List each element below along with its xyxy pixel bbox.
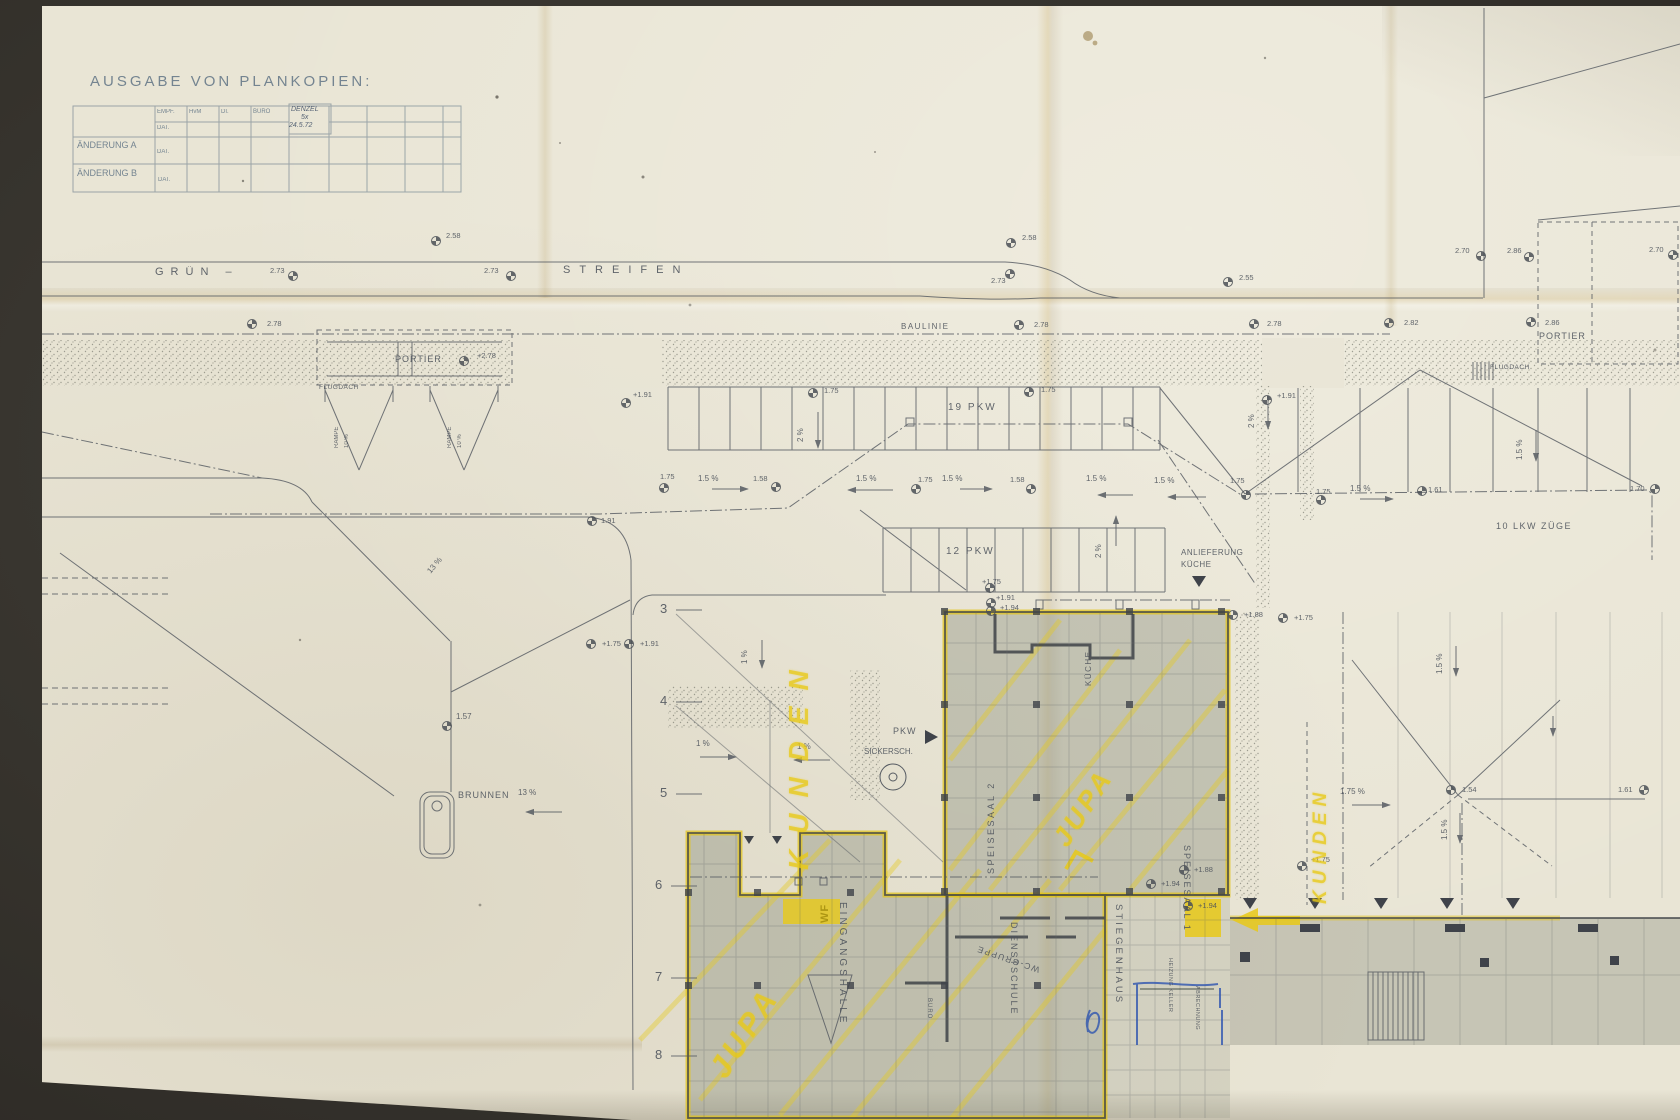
stamp-cell-label: DAT. — [158, 177, 171, 183]
elevation-value: +2.78 — [477, 352, 496, 360]
elevation-value: +1.88 — [1244, 611, 1263, 619]
survey-point-icon — [506, 271, 516, 281]
grid-row-number: 3 — [660, 602, 667, 616]
survey-point-icon — [621, 398, 631, 408]
survey-point-icon — [771, 482, 781, 492]
survey-point-icon — [1668, 250, 1678, 260]
elevation-value: 1.61 — [1428, 486, 1443, 494]
plan-label: GRÜN – — [155, 267, 239, 279]
slope-label: 1 % — [741, 650, 749, 664]
room-label: BÜRO — [926, 998, 932, 1019]
plan-label: PORTIER — [1539, 332, 1586, 341]
elevation-value: 1.75 — [918, 476, 933, 484]
plan-label: ANLIEFERUNG — [1181, 549, 1243, 557]
plan-label: 10 % — [457, 434, 463, 448]
survey-point-icon — [986, 606, 996, 616]
plan-label: PORTIER — [395, 355, 442, 364]
stamp-cell-label: 5x — [301, 114, 308, 121]
plan-text-layer: AUSGABE VON PLANKOPIEN: EMPF.HvMDI.BÜROD… — [0, 0, 1680, 1120]
stamp-cell-label: ÄNDERUNG B — [77, 169, 137, 178]
survey-point-icon — [1005, 269, 1015, 279]
grid-row-number: 7 — [655, 970, 662, 984]
room-label: STIEGENHAUS — [1113, 904, 1123, 1005]
survey-point-icon — [1228, 610, 1238, 620]
elevation-value: 2.86 — [1507, 247, 1522, 255]
survey-point-icon — [911, 484, 921, 494]
slope-label: 1.5 % — [1436, 654, 1444, 674]
survey-point-icon — [586, 639, 596, 649]
plan-label: 10 % — [344, 434, 350, 448]
survey-point-icon — [1241, 490, 1251, 500]
slope-label: 1.75 % — [1340, 788, 1365, 796]
elevation-value: 2.58 — [446, 232, 461, 240]
elevation-value: +1.91 — [996, 594, 1015, 602]
elevation-value: 1.75 — [1230, 477, 1245, 485]
survey-point-icon — [459, 356, 469, 366]
room-label: ABRECHNUNG — [1193, 986, 1199, 1030]
slope-label: 1.5 % — [1516, 440, 1524, 460]
plan-label: STREIFEN — [563, 265, 689, 277]
elevation-value: 2.82 — [1404, 319, 1419, 327]
handwritten-marker-note: JUPA — [1048, 764, 1119, 852]
grid-row-number: 8 — [655, 1048, 662, 1062]
room-label: SPEISESAAL 1 — [1182, 845, 1191, 932]
room-label: HEIZUNG KELLER — [1166, 958, 1172, 1012]
elevation-value: +1.94 — [1000, 604, 1019, 612]
survey-point-icon — [288, 271, 298, 281]
survey-point-icon — [1650, 484, 1660, 494]
elevation-value: +1.88 — [1194, 866, 1213, 874]
elevation-value: 1.75 — [660, 473, 675, 481]
survey-point-icon — [1262, 395, 1272, 405]
survey-point-icon — [1446, 785, 1456, 795]
handwritten-marker-note: KUNDEN — [784, 654, 813, 870]
slope-label: 1.5 % — [856, 475, 876, 483]
elevation-value: 2.70 — [1455, 247, 1470, 255]
stamp-cell-label: EMPF. — [157, 109, 175, 115]
elevation-value: 2.78 — [1034, 321, 1049, 329]
elevation-value: +1.91 — [640, 640, 659, 648]
survey-point-icon — [431, 236, 441, 246]
stamp-cell-label: BÜRO — [253, 109, 270, 115]
elevation-value: 1.58 — [1010, 476, 1025, 484]
handwritten-marker-note: WF — [820, 904, 832, 923]
handwritten-marker-note: JUPA — [704, 982, 786, 1084]
slope-label: 1.5 % — [1086, 475, 1106, 483]
survey-point-icon — [1146, 879, 1156, 889]
survey-point-icon — [659, 483, 669, 493]
elevation-value: 2.73 — [270, 267, 285, 275]
slope-label: 13 % — [426, 556, 444, 575]
survey-point-icon — [1297, 861, 1307, 871]
survey-point-icon — [1223, 277, 1233, 287]
elevation-value: 2.78 — [267, 320, 282, 328]
elevation-value: 2.55 — [1239, 274, 1254, 282]
survey-point-icon — [1278, 613, 1288, 623]
slope-label: 1.5 % — [942, 475, 962, 483]
elevation-value: 1.54 — [1462, 786, 1477, 794]
stamp-cell-label: DI. — [221, 109, 229, 115]
elevation-value: +1.75 — [602, 640, 621, 648]
slope-label: 1 % — [696, 740, 710, 748]
survey-point-icon — [1526, 317, 1536, 327]
slope-label: 13 % — [518, 789, 536, 797]
survey-point-icon — [1316, 495, 1326, 505]
plan-label: 10 LKW ZÜGE — [1496, 522, 1572, 531]
survey-point-icon — [1024, 387, 1034, 397]
survey-point-icon — [247, 319, 257, 329]
slope-label: 2 % — [797, 428, 805, 442]
survey-point-icon — [1179, 865, 1189, 875]
plan-label: PKW — [893, 727, 917, 736]
slope-label: 1.5 % — [698, 475, 718, 483]
elevation-value: 2.58 — [1022, 234, 1037, 242]
survey-point-icon — [1026, 484, 1036, 494]
elevation-value: +1.91 — [1277, 392, 1296, 400]
room-label: DIENSTSCHULE — [1009, 922, 1018, 1016]
elevation-value: 1.57 — [456, 713, 472, 721]
grid-row-number: 5 — [660, 786, 667, 800]
elevation-value: 2.73 — [991, 277, 1006, 285]
stamp-cell-label: DENZEL — [291, 106, 319, 113]
plan-label: 12 PKW — [946, 547, 995, 558]
survey-point-icon — [1524, 252, 1534, 262]
stamp-title: AUSGABE VON PLANKOPIEN: — [90, 74, 372, 90]
scanned-site-plan: AUSGABE VON PLANKOPIEN: EMPF.HvMDI.BÜROD… — [0, 0, 1680, 1120]
slope-label: 1.5 % — [1441, 820, 1449, 840]
elevation-value: 2.73 — [484, 267, 499, 275]
survey-point-icon — [1417, 486, 1427, 496]
survey-point-icon — [1639, 785, 1649, 795]
survey-point-icon — [1183, 901, 1193, 911]
plan-label: FLUGDACH — [319, 385, 359, 392]
elevation-value: +1.94 — [1198, 902, 1217, 910]
plan-label: BAULINIE — [901, 323, 949, 331]
plan-label: RAMPE — [334, 427, 340, 448]
survey-point-icon — [1014, 320, 1024, 330]
stamp-cell-label: 24.5.72 — [289, 122, 312, 129]
elevation-value: 1.70 — [1630, 485, 1645, 493]
plan-label: FLUGDACH — [1490, 365, 1530, 372]
survey-point-icon — [1006, 238, 1016, 248]
survey-point-icon — [808, 388, 818, 398]
elevation-value: 2.70 — [1649, 246, 1664, 254]
stamp-cell-label: ÄNDERUNG A — [77, 141, 137, 150]
slope-label: 2 % — [1095, 544, 1103, 558]
room-label: EINGANGSHALLE — [837, 902, 848, 1025]
elevation-value: 1.75 — [824, 387, 839, 395]
slope-label: 2 % — [1248, 414, 1256, 428]
stamp-cell-label: DAT. — [157, 149, 170, 155]
elevation-value: 1.61 — [1618, 786, 1633, 794]
plan-label: RAMPE — [447, 427, 453, 448]
survey-point-icon — [1476, 251, 1486, 261]
room-label: KÜCHE — [1085, 650, 1093, 686]
survey-point-icon — [587, 516, 597, 526]
stamp-cell-label: HvM — [189, 109, 201, 115]
grid-row-number: 6 — [655, 878, 662, 892]
plan-label: BRUNNEN — [458, 791, 510, 800]
handwritten-marker-note: KUNDEN — [1311, 787, 1331, 904]
plan-label: 19 PKW — [948, 403, 997, 414]
elevation-value: +1.75 — [1294, 614, 1313, 622]
slope-label: 1.5 % — [1350, 485, 1370, 493]
plan-label: KÜCHE — [1181, 561, 1212, 569]
stamp-cell-label: DAT. — [157, 125, 170, 131]
elevation-value: 2.78 — [1267, 320, 1282, 328]
elevation-value: 1.91 — [601, 517, 616, 525]
elevation-value: 1.58 — [753, 475, 768, 483]
room-label: SPEISESAAL 2 — [987, 781, 996, 874]
survey-point-icon — [985, 583, 995, 593]
survey-point-icon — [1384, 318, 1394, 328]
grid-row-number: 4 — [660, 694, 667, 708]
survey-point-icon — [1249, 319, 1259, 329]
elevation-value: +1.91 — [633, 391, 652, 399]
survey-point-icon — [442, 721, 452, 731]
survey-point-icon — [624, 639, 634, 649]
elevation-value: 1.75 — [1041, 386, 1056, 394]
elevation-value: +1.94 — [1161, 880, 1180, 888]
slope-label: 1.5 % — [1154, 477, 1174, 485]
elevation-value: 2.86 — [1545, 319, 1560, 327]
plan-label: SICKERSCH. — [864, 748, 913, 756]
